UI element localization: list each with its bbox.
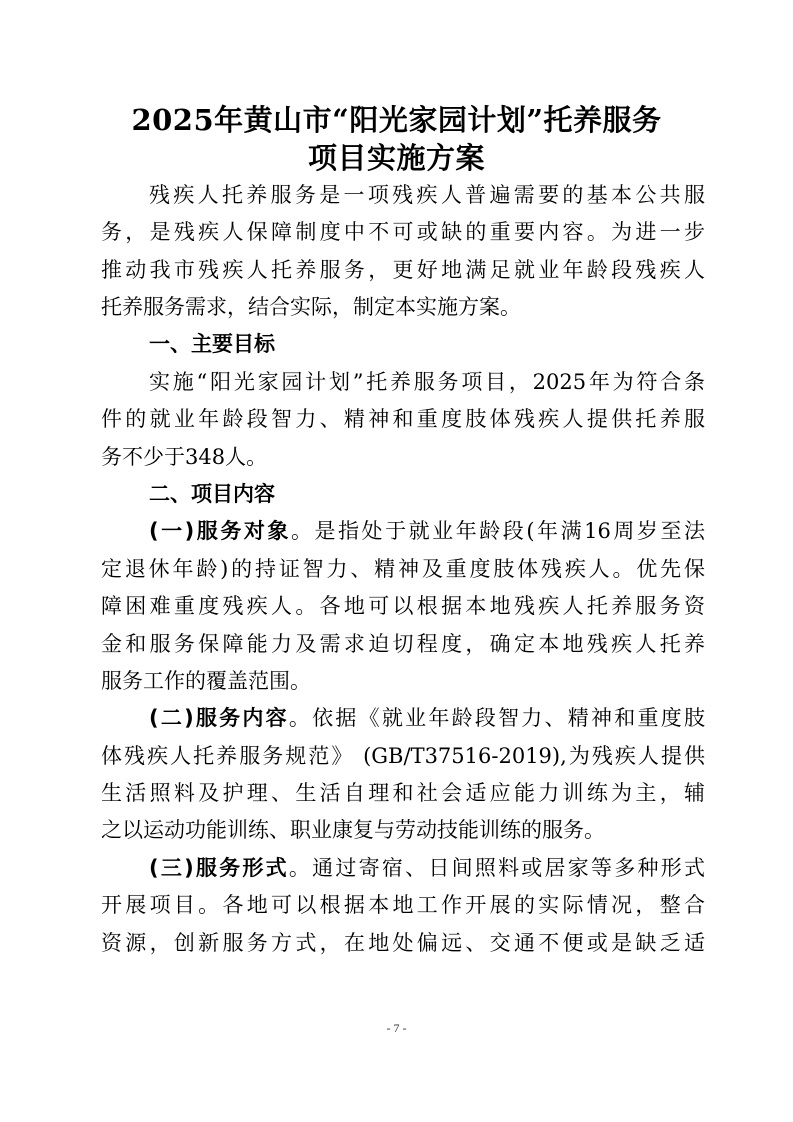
document-page: 2025年黄山市“阳光家园计划”托养服务 项目实施方案 残疾人托养服务是一项残疾… bbox=[0, 0, 793, 1122]
sub-2-first-text: 。依据《就业年龄段智力、精神和重度肢 bbox=[289, 706, 705, 730]
sub-2-line-3: 生活照料及护理、生活自理和社会适应能力训练为主，辅 bbox=[101, 778, 705, 808]
sub-1-line-2: 定退休年龄)的持证智力、精神及重度肢体残疾人。优先保 bbox=[101, 554, 705, 584]
intro-line-3: 推动我市残疾人托养服务，更好地满足就业年龄段残疾人 bbox=[101, 255, 705, 285]
sub-3-first-text: 。通过寄宿、日间照料或居家等多种形式 bbox=[289, 856, 705, 880]
section-1-line-3: 务不少于348人。 bbox=[101, 442, 705, 472]
sub-1-line-4: 金和服务保障能力及需求迫切程度，确定本地残疾人托养 bbox=[101, 629, 705, 659]
intro-line-4: 托养服务需求，结合实际，制定本实施方案。 bbox=[101, 292, 705, 322]
sub-3-line-2: 开展项目。各地可以根据本地工作开展的实际情况，整合 bbox=[101, 890, 705, 920]
sub-1-label: (一)服务对象 bbox=[149, 519, 291, 543]
section-1-heading: 一、主要目标 bbox=[149, 329, 705, 359]
section-2-heading: 二、项目内容 bbox=[149, 479, 705, 509]
sub-3-first-line: (三)服务形式。通过寄宿、日间照料或居家等多种形式 bbox=[149, 853, 705, 883]
sub-2-line-4: 之以运动功能训练、职业康复与劳动技能训练的服务。 bbox=[101, 815, 705, 845]
page-number: - 7 - bbox=[0, 1021, 793, 1036]
intro-line-1: 残疾人托养服务是一项残疾人普遍需要的基本公共服 bbox=[149, 180, 705, 210]
sub-1-line-5: 服务工作的覆盖范围。 bbox=[101, 666, 705, 696]
section-1-line-1: 实施“阳光家园计划”托养服务项目，2025年为符合条 bbox=[149, 367, 705, 397]
sub-2-first-line: (二)服务内容。依据《就业年龄段智力、精神和重度肢 bbox=[149, 703, 705, 733]
sub-2-label: (二)服务内容 bbox=[149, 706, 289, 730]
sub-1-first-line: (一)服务对象。是指处于就业年龄段(年满16周岁至法 bbox=[149, 516, 705, 546]
sub-3-line-3: 资源，创新服务方式，在地处偏远、交通不便或是缺乏适 bbox=[101, 928, 705, 958]
sub-1-first-text: 。是指处于就业年龄段(年满16周岁至法 bbox=[291, 519, 705, 543]
document-title-line-2: 项目实施方案 bbox=[0, 136, 793, 177]
intro-line-2: 务，是残疾人保障制度中不可或缺的重要内容。为进一步 bbox=[101, 217, 705, 247]
section-1-line-2: 件的就业年龄段智力、精神和重度肢体残疾人提供托养服 bbox=[101, 404, 705, 434]
sub-1-line-3: 障困难重度残疾人。各地可以根据本地残疾人托养服务资 bbox=[101, 591, 705, 621]
sub-2-line-2: 体残疾人托养服务规范》 (GB/T37516-2019),为残疾人提供 bbox=[101, 741, 705, 771]
document-title-line-1: 2025年黄山市“阳光家园计划”托养服务 bbox=[0, 98, 793, 139]
sub-3-label: (三)服务形式 bbox=[149, 856, 289, 880]
